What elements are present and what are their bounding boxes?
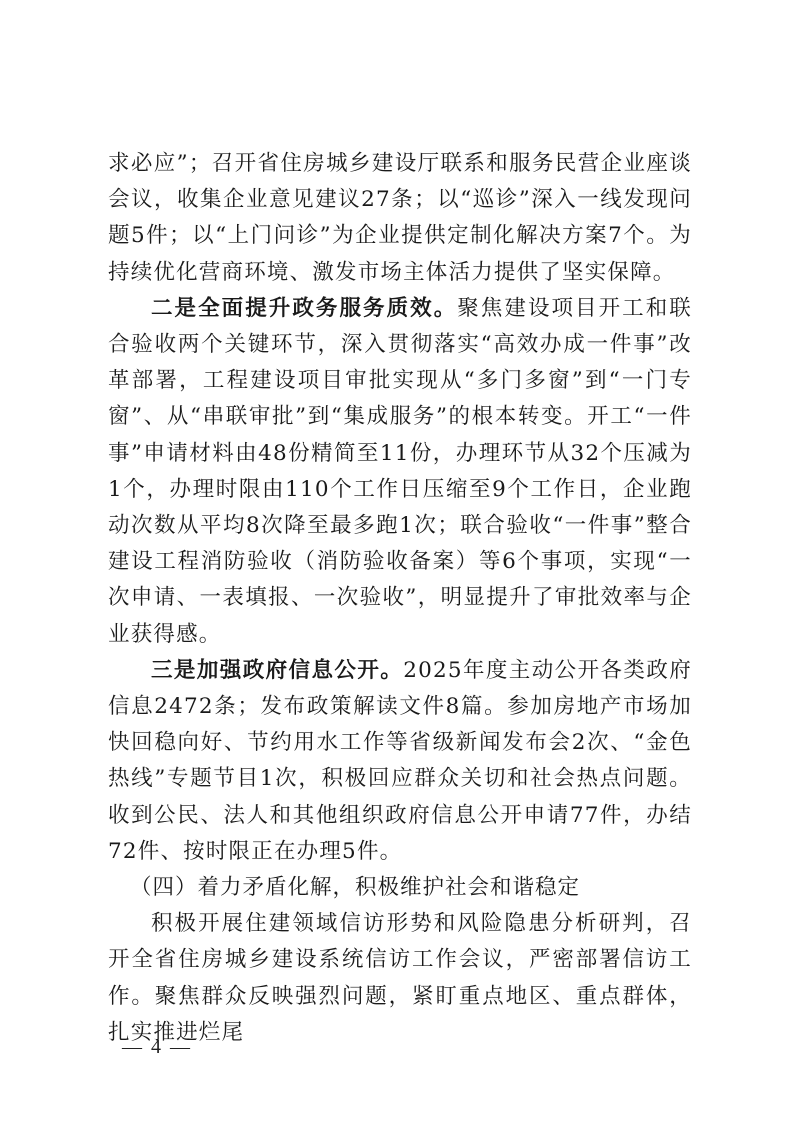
paragraph-info-disclosure: 三是加强政府信息公开。2025年度主动公开各类政府信息2472条；发布政策解读文… [108, 653, 692, 870]
paragraph-lead-heading: 三是加强政府信息公开。 [151, 658, 403, 683]
paragraph-lead-heading: 二是全面提升政务服务质效。 [151, 296, 457, 321]
paragraph-text: 求必应”；召开省住房城乡建设厅联系和服务民营企业座谈会议，收集企业意见建议27条… [108, 151, 692, 285]
paragraph-text: 聚焦建设项目开工和联合验收两个关键环节，深入贯彻落实“高效办成一件事”改革部署，… [108, 296, 692, 647]
document-page: 求必应”；召开省住房城乡建设厅联系和服务民营企业座谈会议，收集企业意见建议27条… [108, 146, 692, 1051]
paragraph-continuation: 求必应”；召开省住房城乡建设厅联系和服务民营企业座谈会议，收集企业意见建议27条… [108, 146, 692, 291]
paragraph-text: 积极开展住建领域信访形势和风险隐患分析研判，召开全省住房城乡建设系统信访工作会议… [108, 911, 692, 1045]
page-number: — 4 — [122, 1036, 192, 1059]
section-heading: （四）着力矛盾化解，积极维护社会和谐稳定 [108, 870, 692, 906]
paragraph-service-quality: 二是全面提升政务服务质效。聚焦建设项目开工和联合验收两个关键环节，深入贯彻落实“… [108, 291, 692, 653]
paragraph-text: 2025年度主动公开各类政府信息2472条；发布政策解读文件8篇。参加房地产市场… [108, 658, 692, 864]
paragraph-petition: 积极开展住建领域信访形势和风险隐患分析研判，召开全省住房城乡建设系统信访工作会议… [108, 906, 692, 1051]
